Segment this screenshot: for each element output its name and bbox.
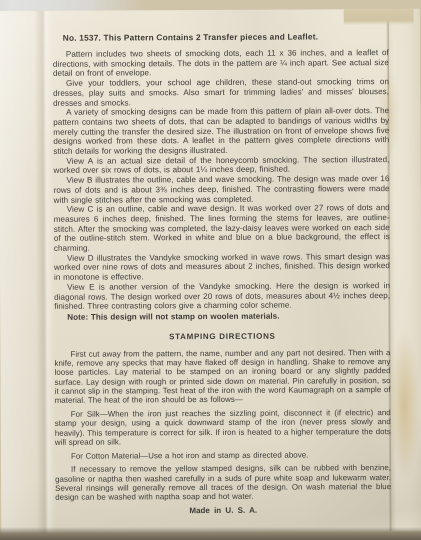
bottom-shadow bbox=[0, 527, 421, 540]
intro-paragraph-2: Give your toddlers, your school age chil… bbox=[53, 77, 389, 108]
stamping-paragraph-silk: For Silk—When the iron just reaches the … bbox=[55, 408, 391, 447]
intro-paragraph-1: Pattern includes two sheets of smocking … bbox=[53, 48, 389, 79]
view-a-paragraph: View A is an actual size detail of the h… bbox=[53, 155, 389, 176]
instruction-sheet: No. 1537. This Pattern Contains 2 Transf… bbox=[0, 9, 421, 533]
stamping-directions-section: STAMPING DIRECTIONS First cut away from … bbox=[54, 331, 391, 503]
view-c-paragraph: View C is an outline, cable and wave des… bbox=[54, 203, 390, 253]
paper-left-panel bbox=[0, 11, 37, 533]
intro-paragraph-3: A variety of smocking designs can be mad… bbox=[53, 106, 389, 156]
view-e-paragraph: View E is another version of the Vandyke… bbox=[54, 281, 390, 312]
made-in-usa-line: Made in U. S. A. bbox=[55, 505, 391, 516]
stamping-directions-heading: STAMPING DIRECTIONS bbox=[54, 331, 390, 342]
printed-text-block: No. 1537. This Pattern Contains 2 Transf… bbox=[53, 31, 392, 516]
stamping-paragraph-removal: If necessary to remove the yellow stampe… bbox=[55, 464, 391, 503]
stamping-paragraph-cotton: For Cotton Material—Use a hot iron and s… bbox=[55, 450, 391, 461]
stamping-paragraph-general: First cut away from the pattern, the nam… bbox=[54, 348, 390, 406]
pattern-title: No. 1537. This Pattern Contains 2 Transf… bbox=[53, 31, 389, 43]
note-line: Note: This design will not stamp on wool… bbox=[54, 311, 390, 322]
view-d-paragraph: View D illustrates the Vandyke smocking … bbox=[54, 252, 390, 283]
view-b-paragraph: View B illustrates the outline, cable an… bbox=[54, 174, 390, 205]
paper-flap-top-right bbox=[344, 9, 414, 25]
photo-of-pattern-envelope: No. 1537. This Pattern Contains 2 Transf… bbox=[0, 0, 421, 540]
